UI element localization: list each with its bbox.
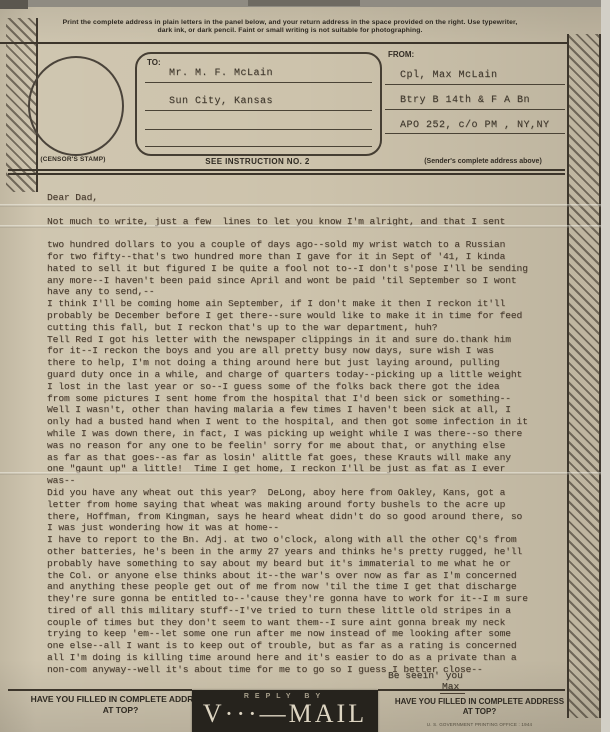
scan-margin-right [601, 0, 610, 732]
footer-rule [378, 689, 565, 691]
address-line [385, 84, 565, 85]
to-address-panel: TO: Mr. M. F. McLain Sun City, Kansas [135, 52, 382, 156]
see-instruction-note: SEE INSTRUCTION NO. 2 [135, 157, 380, 166]
paper-crease [0, 204, 601, 207]
censor-stamp-label: (CENSOR'S STAMP) [14, 156, 132, 163]
form-instructions-text: Print the complete address in plain lett… [55, 19, 525, 36]
scan-artifact [248, 0, 360, 6]
from-label: FROM: [388, 50, 414, 59]
to-recipient-city: Sun City, Kansas [169, 96, 273, 107]
header-divider-rule [8, 169, 565, 171]
footer-question-left: HAVE YOU FILLED IN COMPLETE ADDRESS AT T… [28, 694, 213, 716]
gpo-imprint: U. S. GOVERNMENT PRINTING OFFICE : 1944 [392, 722, 567, 727]
address-line [385, 133, 565, 134]
paper-crease [0, 472, 601, 475]
vmail-wordmark: V···—MAIL [192, 699, 378, 729]
from-sender-unit: Btry B 14th & F A Bn [400, 95, 530, 106]
scan-artifact [0, 0, 28, 9]
letter-body: Dear Dad, Not much to write, just a few … [47, 192, 528, 676]
address-line [145, 82, 372, 83]
address-line [145, 146, 372, 147]
censor-stamp-circle [28, 56, 124, 156]
header-rule [0, 42, 567, 44]
vmail-letter-sheet: Print the complete address in plain lett… [0, 6, 601, 732]
address-line [145, 110, 372, 111]
address-line [145, 129, 372, 130]
paper-crease [0, 225, 601, 228]
footer-rule [8, 689, 192, 691]
to-recipient-name: Mr. M. F. McLain [169, 68, 273, 79]
from-sender-name: Cpl, Max McLain [400, 70, 498, 81]
sender-address-note: (Sender's complete address above) [398, 158, 568, 165]
address-line [385, 109, 565, 110]
letter-signature: Max [440, 681, 465, 694]
header-divider-rule [8, 173, 565, 175]
to-label: TO: [147, 58, 161, 67]
vmail-logo: REPLY BY V···—MAIL [192, 690, 378, 732]
footer-question-right: HAVE YOU FILLED IN COMPLETE ADDRESS AT T… [392, 697, 567, 717]
from-sender-apo: APO 252, c/o PM , NY,NY [400, 120, 550, 131]
right-border-hatching [567, 34, 601, 718]
letter-closing: Be seein' you [388, 670, 463, 681]
